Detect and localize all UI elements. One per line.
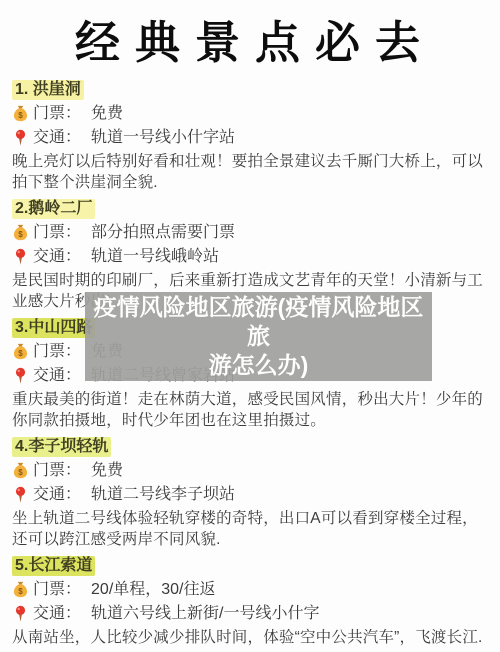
transport-row-4: 交通： 轨道二号线李子坝站 bbox=[12, 484, 490, 505]
attraction-description-1: 晚上亮灯以后特别好看和壮观！要拍全景建议去千厮门大桥上，可以拍下整个洪崖洞全貌. bbox=[12, 151, 490, 193]
attraction-title-2: 2.鹅岭二厂 bbox=[12, 199, 95, 219]
transport-label: 交通： bbox=[33, 484, 81, 505]
pushpin-icon bbox=[12, 486, 29, 503]
attraction-description-5: 从南站坐，人比较少减少排队时间，体验“空中公共汽车”，飞渡长江. bbox=[12, 627, 490, 648]
attraction-section-4: 4.李子坝轻轨 $ 门票： 免费 交通： 轨道二号线李子坝站 坐上轨道二号线体验… bbox=[12, 437, 490, 550]
pushpin-icon bbox=[12, 605, 29, 622]
attraction-description-4: 坐上轨道二号线体验轻轨穿楼的奇特，出口A可以看到穿楼全过程，还可以跨江感受两岸不… bbox=[12, 508, 490, 550]
ticket-row-2: $ 门票： 部分拍照点需要门票 bbox=[12, 222, 490, 243]
svg-text:$: $ bbox=[18, 111, 23, 120]
svg-text:$: $ bbox=[18, 230, 23, 239]
svg-text:$: $ bbox=[18, 349, 23, 358]
transport-row-5: 交通： 轨道六号线上新街/一号线小什字 bbox=[12, 603, 490, 624]
transport-label: 交通： bbox=[33, 603, 81, 624]
attraction-title-1: 1. 洪崖洞 bbox=[12, 80, 84, 100]
transport-value: 轨道一号线峨岭站 bbox=[91, 246, 219, 267]
transport-row-1: 交通： 轨道一号线小什字站 bbox=[12, 127, 490, 148]
ticket-label: 门票： bbox=[33, 222, 81, 243]
pushpin-icon bbox=[12, 129, 29, 146]
ticket-row-1: $ 门票： 免费 bbox=[12, 103, 490, 124]
money-bag-icon: $ bbox=[12, 224, 29, 241]
money-bag-icon: $ bbox=[12, 462, 29, 479]
ticket-label: 门票： bbox=[33, 103, 81, 124]
ticket-value: 20/单程，30/往返 bbox=[91, 579, 216, 600]
attraction-description-3: 重庆最美的街道！走在林荫大道，感受民国风情，秒出大片！少年的你同款拍摄地，时代少… bbox=[12, 389, 490, 431]
money-bag-icon: $ bbox=[12, 105, 29, 122]
ticket-label: 门票： bbox=[33, 460, 81, 481]
attraction-title-5: 5.长江索道 bbox=[12, 556, 95, 576]
transport-label: 交通： bbox=[33, 365, 81, 386]
ticket-label: 门票： bbox=[33, 341, 81, 362]
attraction-title-3: 3.中山四路 bbox=[12, 318, 95, 338]
transport-label: 交通： bbox=[33, 127, 81, 148]
ticket-row-4: $ 门票： 免费 bbox=[12, 460, 490, 481]
page-title: 经典景点必去 bbox=[0, 0, 500, 74]
ticket-value: 免费 bbox=[91, 103, 123, 124]
money-bag-icon: $ bbox=[12, 343, 29, 360]
svg-text:$: $ bbox=[18, 587, 23, 596]
transport-row-2: 交通： 轨道一号线峨岭站 bbox=[12, 246, 490, 267]
transport-value: 轨道六号线上新街/一号线小什字 bbox=[91, 603, 319, 624]
attraction-section-1: 1. 洪崖洞 $ 门票： 免费 交通： 轨道一号线小什字站 晚上亮灯以后特别好看… bbox=[12, 80, 490, 193]
svg-text:$: $ bbox=[18, 468, 23, 477]
attraction-title-4: 4.李子坝轻轨 bbox=[12, 437, 111, 457]
money-bag-icon: $ bbox=[12, 581, 29, 598]
ticket-label: 门票： bbox=[33, 579, 81, 600]
ticket-value: 部分拍照点需要门票 bbox=[91, 222, 235, 243]
watermark-overlay: 疫情风险地区旅游(疫情风险地区旅 游怎么办) bbox=[85, 292, 432, 381]
transport-value: 轨道一号线小什字站 bbox=[91, 127, 235, 148]
transport-label: 交通： bbox=[33, 246, 81, 267]
pushpin-icon bbox=[12, 367, 29, 384]
watermark-line-1: 疫情风险地区旅游(疫情风险地区旅 bbox=[85, 293, 432, 351]
pushpin-icon bbox=[12, 248, 29, 265]
attraction-section-5: 5.长江索道 $ 门票： 20/单程，30/往返 交通： 轨道六号线上新街/一号… bbox=[12, 556, 490, 648]
ticket-value: 免费 bbox=[91, 460, 123, 481]
transport-value: 轨道二号线李子坝站 bbox=[91, 484, 235, 505]
watermark-line-2: 游怎么办) bbox=[85, 351, 432, 380]
ticket-row-5: $ 门票： 20/单程，30/往返 bbox=[12, 579, 490, 600]
